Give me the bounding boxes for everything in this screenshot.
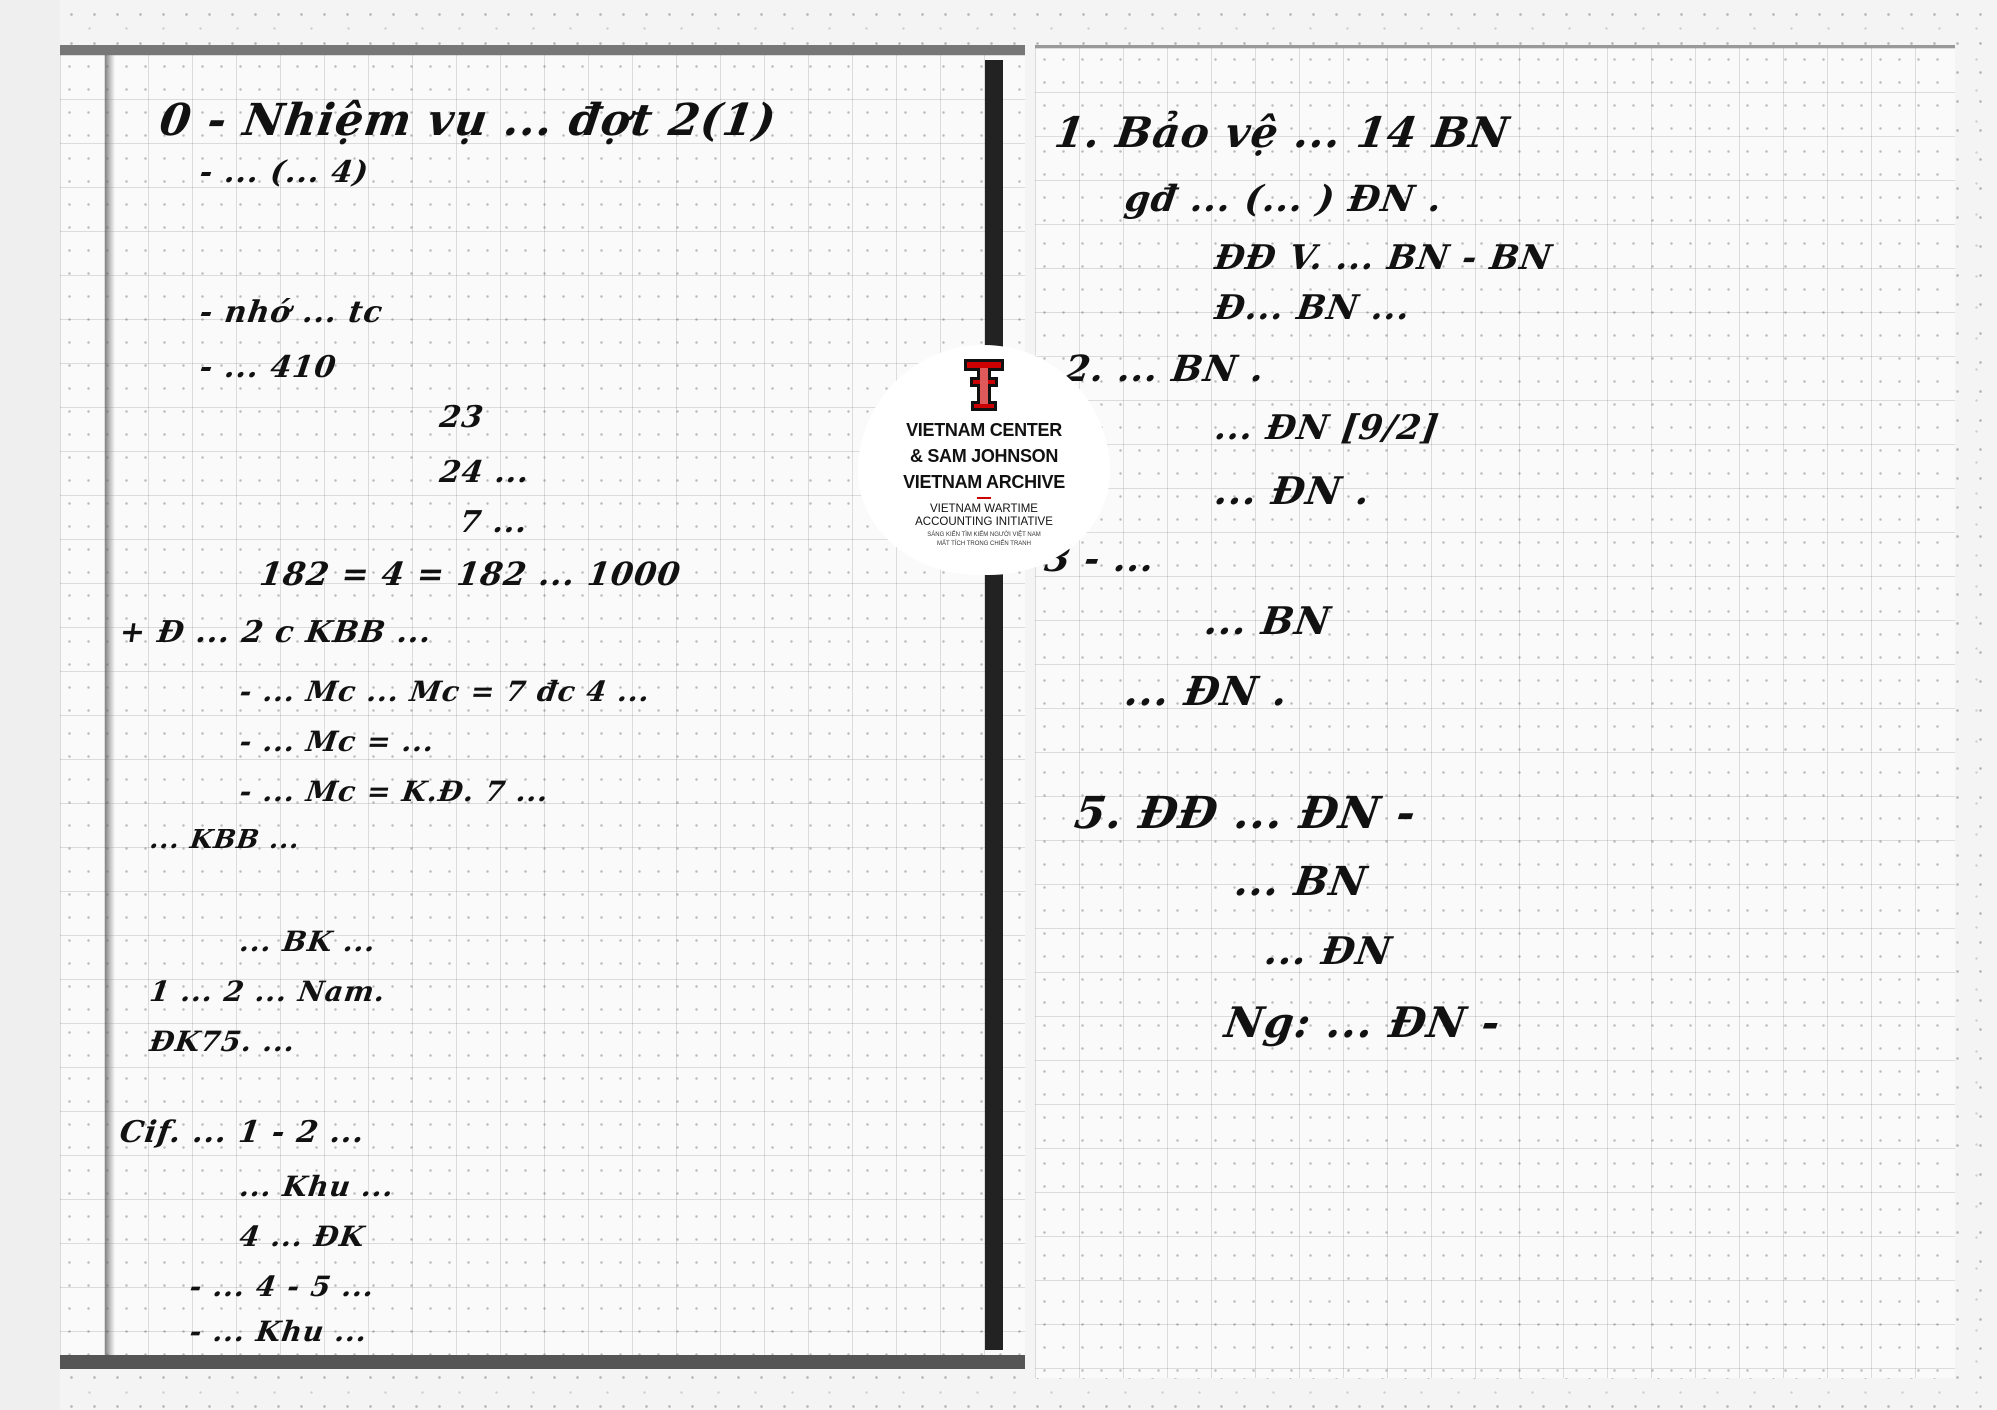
handwritten-line: 2. ... BN . — [1062, 348, 1268, 390]
handwritten-line: ĐĐ V. ... BN - BN — [1212, 238, 1555, 278]
handwritten-line: Ng: ... ĐN - — [1222, 998, 1504, 1047]
logo-red-divider — [977, 497, 991, 499]
right-notebook-page: 1. Bảo vệ ... 14 BN gđ ... (... ) ĐN . Đ… — [1035, 45, 1955, 1378]
logo-title-line-3: VIETNAM ARCHIVE — [903, 473, 1065, 491]
logo-subtitle-line-1: VIETNAM WARTIME — [930, 503, 1038, 516]
handwritten-line: ... BN — [1202, 598, 1334, 643]
handwritten-line: Đ... BN ... — [1212, 288, 1413, 328]
handwritten-line: 1. Bảo vệ ... 14 BN — [1052, 108, 1513, 157]
handwritten-line: ... BK ... — [238, 925, 379, 958]
left-margin — [0, 0, 60, 1410]
logo-title-line-1: VIETNAM CENTER — [906, 421, 1062, 439]
handwritten-line: - ... 410 — [198, 350, 339, 385]
handwritten-line: - nhớ ... tc — [198, 295, 386, 330]
handwritten-line: 4 ... ĐK — [238, 1220, 368, 1253]
logo-title-line-2: & SAM JOHNSON — [910, 447, 1058, 465]
logo-vietnamese-line-1: SÁNG KIẾN TÌM KIẾM NGƯỜI VIỆT NAM — [927, 531, 1040, 540]
handwritten-line: 182 = 4 = 182 ... 1000 — [257, 555, 683, 593]
handwritten-line: + Đ ... 2 c KBB ... — [118, 615, 435, 650]
handwritten-line: - ... (... 4) — [198, 155, 372, 190]
handwritten-line: - ... Khu ... — [188, 1315, 370, 1348]
handwritten-line: - ... Mc = K.Đ. 7 ... — [238, 775, 552, 808]
handwritten-line: ĐK75. ... — [148, 1025, 298, 1058]
handwritten-line: 0 - Nhiệm vụ ... đợt 2(1) — [156, 95, 779, 146]
logo-subtitle-line-2: ACCOUNTING INITIATIVE — [915, 516, 1053, 529]
handwritten-line: ... ĐN — [1262, 928, 1395, 973]
texas-tech-double-t-icon — [962, 357, 1006, 413]
handwritten-line: 24 ... — [438, 455, 532, 490]
handwritten-line: ... ĐN [9/2] — [1212, 408, 1442, 448]
handwritten-line: ... ĐN . — [1212, 468, 1374, 513]
handwritten-line: 7 ... — [458, 505, 531, 540]
logo-vietnamese-line-2: MẤT TÍCH TRONG CHIẾN TRANH — [937, 540, 1031, 549]
handwritten-line: ... BN — [1232, 858, 1371, 905]
handwritten-line: 5. ĐĐ ... ĐN - — [1071, 788, 1419, 839]
left-notebook-page: 0 - Nhiệm vụ ... đợt 2(1) - ... (... 4) … — [60, 45, 1025, 1369]
handwritten-line: gđ ... (... ) ĐN . — [1122, 178, 1445, 220]
handwritten-line: 1 ... 2 ... Nam. — [148, 975, 388, 1008]
handwritten-line: - ... Mc ... Mc = 7 đc 4 ... — [238, 675, 653, 708]
notebook-spine — [985, 60, 1003, 1350]
handwritten-line: ... Khu ... — [238, 1170, 397, 1203]
handwritten-line: ... ĐN . — [1122, 668, 1292, 715]
handwritten-line: - ... 4 - 5 ... — [188, 1270, 377, 1303]
handwritten-line: ... KBB ... — [148, 825, 302, 855]
handwritten-line: 23 — [438, 400, 487, 435]
handwritten-line: Cif. ... 1 - 2 ... — [118, 1115, 368, 1150]
handwritten-line: - ... Mc = ... — [238, 725, 437, 758]
